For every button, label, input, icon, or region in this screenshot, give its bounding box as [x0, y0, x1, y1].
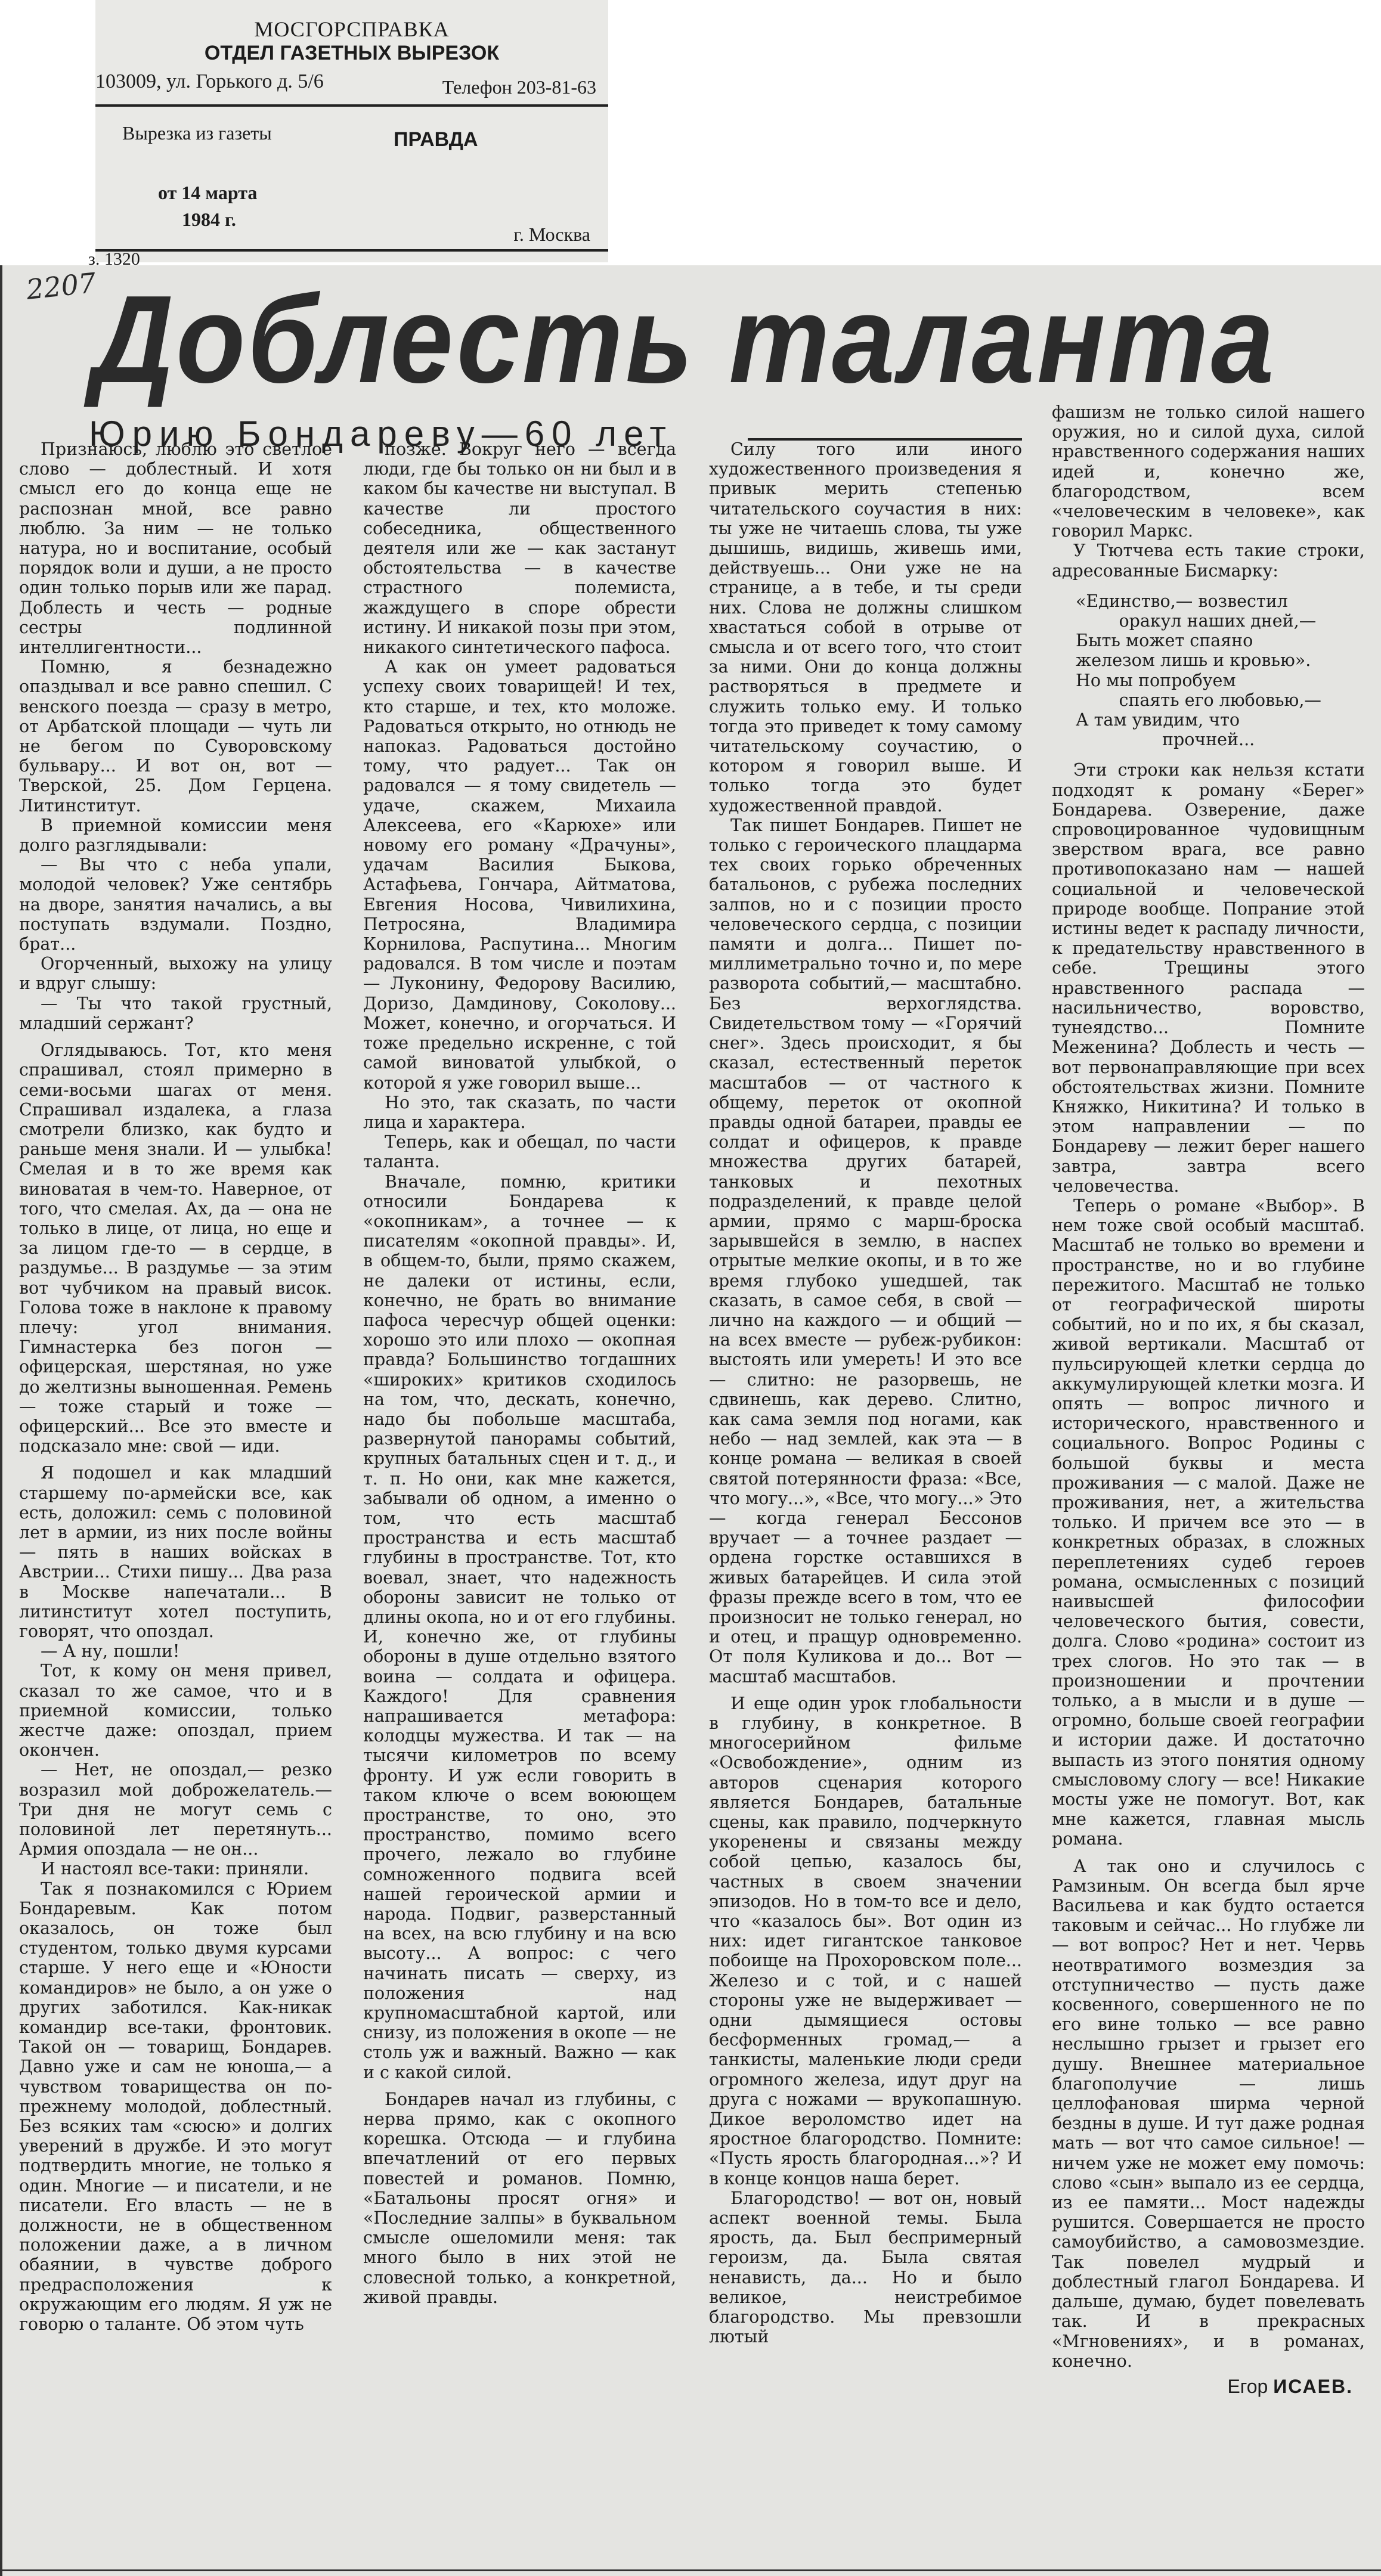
paragraph: Признаюсь, люблю это светлое слово — доб…	[19, 439, 332, 657]
paragraph: — Нет, не опоздал,— резко возразил мой д…	[19, 1760, 332, 1859]
paragraph: Я подошел и как младший старшему по-арме…	[19, 1463, 332, 1641]
divider	[95, 249, 608, 252]
paragraph: — Вы что с неба упали, молодой человек? …	[19, 855, 332, 954]
newspaper-clipping: 2207 Доблесть таланта Юрию Бондареву—60 …	[0, 265, 1381, 2576]
poem-line: Быть может спаяно	[1076, 631, 1365, 650]
divider	[95, 104, 608, 107]
paragraph: У Тютчева есть такие строки, адресованны…	[1052, 541, 1365, 580]
clipping-source-label: Вырезка из газеты	[122, 122, 272, 144]
agency-phone: Телефон 203-81-63	[442, 76, 596, 98]
paragraph: фашизм не только силой нашего оружия, но…	[1052, 402, 1365, 541]
clipping-city: г. Москва	[513, 224, 590, 246]
newspaper-name: ПРАВДА	[394, 128, 478, 151]
paragraph: — Ты что такой грустный, младший сержант…	[19, 994, 332, 1033]
agency-name: МОСГОРСПРАВКА	[95, 17, 608, 42]
poem-line: спаять его любовью,—	[1076, 690, 1365, 710]
paragraph: Помню, я безнадежно опаздывал и все равн…	[19, 657, 332, 816]
paragraph: А так оно и случилось с Рамзиным. Он все…	[1052, 1856, 1365, 2371]
paragraph: позже. Вокруг него — всегда люди, где бы…	[363, 439, 676, 657]
poem-line: А там увидим, что	[1076, 710, 1365, 730]
paragraph: Тот, к кому он меня привел, сказал то же…	[19, 1661, 332, 1760]
author-signature: Егор ИСАЕВ.	[1052, 2377, 1365, 2397]
bottom-rule	[2, 2569, 1381, 2571]
article-column-2: позже. Вокруг него — всегда люди, где бы…	[363, 439, 676, 2307]
paragraph: Благородство! — вот он, новый аспект вое…	[709, 2188, 1022, 2347]
clipping-year: 1984 г.	[182, 209, 236, 231]
article-headline: Доблесть таланта	[92, 277, 1276, 402]
paragraph: Эти строки как нельзя кстати подходят к …	[1052, 760, 1365, 1195]
paragraph: Вначале, помню, критики относили Бондаре…	[363, 1172, 676, 2082]
paragraph: А как он умеет радоваться успеху своих т…	[363, 657, 676, 1092]
poem-line: прочней...	[1076, 730, 1365, 749]
article-column-4: фашизм не только силой нашего оружия, но…	[1052, 402, 1365, 2397]
paragraph: И настоял все-таки: приняли.	[19, 1859, 332, 1878]
poem-quote: «Единство,— возвестил оракул наших дней,…	[1076, 591, 1365, 750]
clipping-date: от 14 марта	[158, 182, 257, 204]
paragraph: Бондарев начал из глубины, с нерва прямо…	[363, 2090, 676, 2307]
author-last-name: ИСАЕВ.	[1273, 2376, 1353, 2397]
paragraph: В приемной комиссии меня долго разглядыв…	[19, 816, 332, 855]
poem-line: железом лишь и кровью».	[1076, 650, 1365, 670]
department-name: ОТДЕЛ ГАЗЕТНЫХ ВЫРЕЗОК	[95, 42, 608, 65]
paragraph: Так пишет Бондарев. Пишет не только с ге…	[709, 816, 1022, 1687]
paragraph: Силу того или иного художественного прои…	[709, 439, 1022, 816]
paragraph: Огорченный, выхожу на улицу и вдруг слыш…	[19, 954, 332, 993]
article-column-1: Признаюсь, люблю это светлое слово — доб…	[19, 439, 332, 2334]
agency-address: 103009, ул. Горького д. 5/6	[95, 70, 324, 93]
paragraph: И еще один урок глобальности в глубину, …	[709, 1694, 1022, 2188]
poem-line: оракул наших дней,—	[1076, 611, 1365, 631]
paragraph: — А ну, пошли!	[19, 1641, 332, 1661]
clipping-service-label: МОСГОРСПРАВКА ОТДЕЛ ГАЗЕТНЫХ ВЫРЕЗОК 103…	[95, 0, 608, 262]
paragraph: Так я познакомился с Юрием Бондаревым. К…	[19, 1879, 332, 2335]
paragraph: Но это, так сказать, по части лица и хар…	[363, 1093, 676, 1132]
article-column-3: Силу того или иного художественного прои…	[709, 439, 1022, 2347]
poem-line: Но мы попробуем	[1076, 671, 1365, 690]
author-first-name: Егор	[1227, 2376, 1268, 2397]
paragraph: Оглядываюсь. Тот, кто меня спрашивал, ст…	[19, 1040, 332, 1456]
poem-line: «Единство,— возвестил	[1076, 591, 1365, 611]
paragraph: Теперь, как и обещал, по части таланта.	[363, 1132, 676, 1171]
paragraph: Теперь о романе «Выбор». В нем тоже свой…	[1052, 1196, 1365, 1849]
handwritten-number: 2207	[24, 266, 97, 306]
